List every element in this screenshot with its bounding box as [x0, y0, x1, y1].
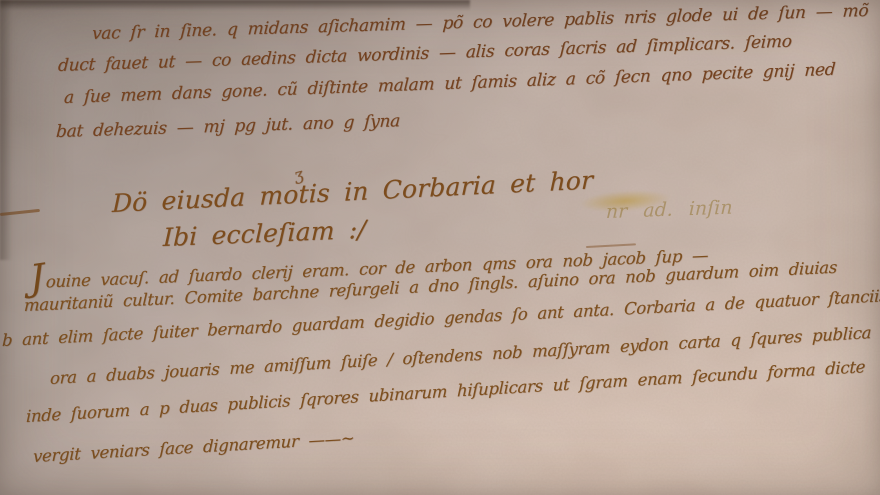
- heading-line: Dö eiusda motis in Corbaria et hor: [112, 167, 594, 216]
- photo-shadow-left: [0, 0, 12, 260]
- drop-cap-initial: J: [29, 260, 45, 298]
- photo-shadow-top: [0, 0, 470, 10]
- heading-line-2: Ibi eccleſiam :/: [163, 217, 367, 250]
- heading-line-faded: nr ad. inſin: [606, 199, 733, 222]
- manuscript-photo: vac ſr in ſine. q midans aſichamim — põ …: [0, 0, 880, 495]
- manuscript-line: vergit veniars ſace dignaremur ——~: [33, 430, 355, 465]
- manuscript-line: bat dehezuis — mj pg jut. ano g ſyna: [56, 113, 401, 141]
